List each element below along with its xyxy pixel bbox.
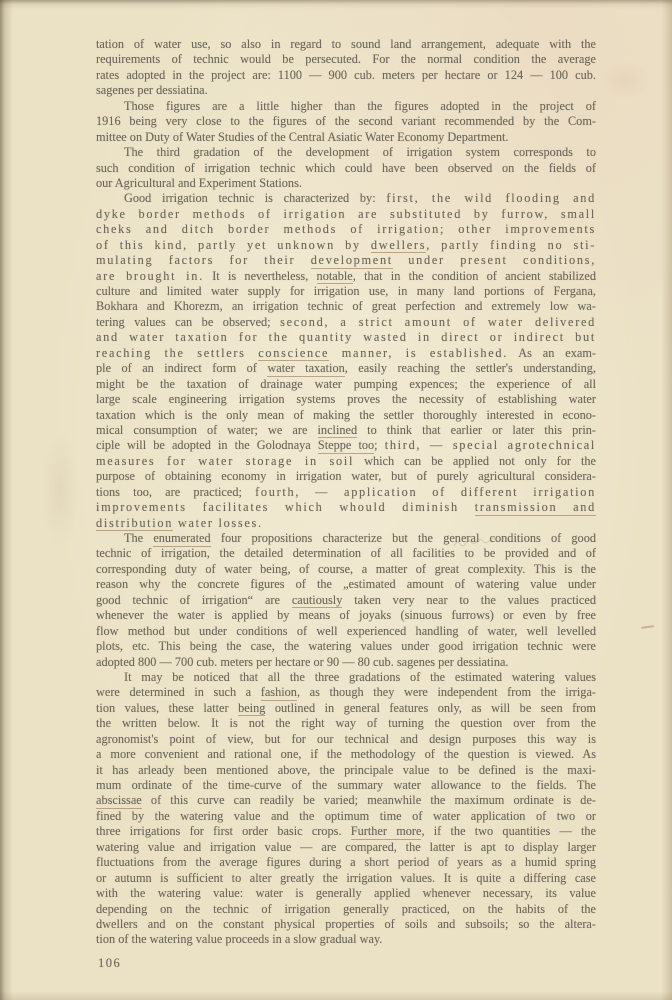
text-line: agronomist's point of view, but for our …: [96, 732, 596, 747]
text-segment: four propositions characterize but the g…: [211, 531, 596, 545]
text-line: good technic of irrigation“ are cautious…: [96, 593, 596, 608]
text-line: are brought in. It is nevertheless, nota…: [96, 269, 596, 284]
underlined-text: notable: [317, 269, 353, 285]
text-segment: third, — special agrotechnical: [385, 438, 596, 452]
text-line: dyke border methods of irrigation are su…: [96, 207, 596, 222]
text-segment: The: [124, 531, 153, 545]
text-line: fined by the watering value and the opti…: [96, 809, 596, 824]
text-line: whenever the water is applied by means o…: [96, 608, 596, 623]
text-line: Bokhara and Khorezm, an irrigation techn…: [96, 299, 596, 314]
text-line: mittee on Duty of Water Studies of the C…: [96, 130, 596, 145]
text-segment: ;: [374, 438, 385, 452]
text-line: flow method but under conditions of well…: [96, 624, 596, 639]
text-segment: under present conditions,: [393, 253, 596, 267]
text-segment: 1916 being very close to the figures of …: [96, 114, 596, 128]
text-line: Good irrigation technic is characterized…: [96, 191, 596, 206]
text-line: fluctuations from the average figures du…: [96, 855, 596, 870]
text-line: improvements facilitates which whould di…: [96, 500, 596, 515]
underlined-text: inclined: [318, 423, 358, 439]
text-segment: of this curve can readily be varied; mea…: [142, 793, 596, 807]
text-segment: ciple will be adopted in the Golodnaya: [96, 438, 318, 452]
text-segment: our Agricultural and Experiment Stations…: [96, 176, 302, 190]
text-segment: sagenes per dessiatina.: [96, 83, 208, 97]
underlined-text: transmission and: [475, 500, 596, 516]
text-line: Those figures are a little higher than t…: [96, 99, 596, 114]
text-segment: three irrigations for first order basic …: [96, 824, 351, 838]
text-segment: water losses.: [173, 516, 263, 530]
text-line: plots, etc. This being the case, the wat…: [96, 639, 596, 654]
text-line: mum ordinate of the time-curve of the su…: [96, 778, 596, 793]
text-segment: technic of irrigation, the detailed dete…: [96, 546, 596, 560]
text-line: abscissae of this curve can readily be v…: [96, 793, 596, 808]
text-line: three irrigations for first order basic …: [96, 824, 596, 839]
text-line: tions too, are practiced; fourth, — appl…: [96, 485, 596, 500]
text-segment: , if the two quantities — the: [421, 824, 596, 838]
text-segment: cheks and ditch border methods of irriga…: [96, 222, 596, 236]
text-segment: which can be applied not only for the: [354, 454, 596, 468]
text-segment: As an exam-: [508, 346, 596, 360]
text-line: tation of water use, so also in regard t…: [96, 37, 596, 52]
text-line: the written below. It is not the right w…: [96, 716, 596, 731]
page-number: 106: [98, 956, 121, 971]
pencil-margin-mark: [641, 625, 654, 629]
underlined-text: being: [238, 701, 265, 717]
text-segment: outlined in general features only, as wi…: [265, 701, 596, 715]
text-line: mical consumption of water; we are incli…: [96, 423, 596, 438]
text-line: ple of an indirect form of water taxatio…: [96, 361, 596, 376]
text-segment: watering value and irrigation value — ar…: [96, 840, 596, 854]
text-segment: The third gradation of the development o…: [124, 145, 596, 159]
text-segment: whenever the water is applied by means o…: [96, 608, 596, 622]
text-segment: dyke border methods of irrigation are su…: [96, 207, 596, 221]
text-segment: first, the wild flooding and: [386, 191, 596, 205]
underlined-text: dwellers: [371, 238, 426, 254]
text-segment: , as though they were independent from t…: [297, 685, 596, 699]
text-line: reason why the concrete figures of the „…: [96, 577, 596, 592]
text-segment: It may be noticed that all the three gra…: [124, 670, 596, 684]
text-segment: or autumn is sufficient to alter greatly…: [96, 871, 596, 885]
text-line: The third gradation of the development o…: [96, 145, 596, 160]
text-segment: fluctuations from the average figures du…: [96, 855, 596, 869]
text-segment: fined by the watering value and the opti…: [96, 809, 596, 823]
text-segment: good technic of irrigation“ are: [96, 593, 292, 607]
text-segment: might be the taxation of drainage water …: [96, 377, 596, 391]
paper-stain: [40, 430, 80, 550]
text-segment: adopted 800 — 700 cub. meters per hectar…: [96, 655, 509, 669]
underlined-text: conscience: [258, 346, 329, 362]
text-segment: taxation which is the only mean of makin…: [96, 408, 596, 422]
text-segment: rates adopted in the project are: 1100 —…: [96, 68, 596, 82]
text-segment: and water taxation for the quantity wast…: [96, 330, 596, 344]
text-segment: with the watering value: water is genera…: [96, 886, 596, 900]
underlined-text: Further more: [351, 824, 422, 840]
text-segment: agronomist's point of view, but for our …: [96, 732, 596, 746]
text-segment: requirements of technic would be persecu…: [96, 52, 596, 66]
text-segment: improvements facilitates which whould di…: [96, 500, 475, 514]
underlined-text: water taxation: [267, 361, 344, 377]
text-segment: reason why the concrete figures of the „…: [96, 577, 596, 591]
text-segment: manner, is established.: [329, 346, 508, 360]
text-line: taxation which is the only mean of makin…: [96, 408, 596, 423]
text-segment: ple of an indirect form of: [96, 361, 267, 375]
text-segment: mulating factors for their: [96, 253, 311, 267]
pencil-annotation-icon: [452, 536, 506, 550]
text-line: of this kind, partly yet unknown by dwel…: [96, 238, 596, 253]
text-line: It may be noticed that all the three gra…: [96, 670, 596, 685]
text-line: 1916 being very close to the figures of …: [96, 114, 596, 129]
text-line: tion values, these latter being outlined…: [96, 701, 596, 716]
underlined-text: cautiously: [292, 593, 343, 609]
text-line: our Agricultural and Experiment Stations…: [96, 176, 596, 191]
text-line: might be the taxation of drainage water …: [96, 377, 596, 392]
text-segment: tion of the watering value proceeds in a…: [96, 932, 382, 946]
text-segment: purpose of obtaining economy in irrigati…: [96, 469, 596, 483]
text-segment: , that in the condition of ancient stabi…: [353, 269, 596, 283]
text-line: tering values can be observed; second, a…: [96, 315, 596, 330]
text-line: with the watering value: water is genera…: [96, 886, 596, 901]
text-line: watering value and irrigation value — ar…: [96, 840, 596, 855]
text-line: purpose of obtaining economy in irrigati…: [96, 469, 596, 484]
text-line: measures for water storage in soil which…: [96, 454, 596, 469]
text-segment: Good irrigation technic is characterized…: [124, 191, 386, 205]
underlined-text: Steppe too: [318, 438, 374, 454]
text-segment: tering values can be observed;: [96, 315, 280, 329]
text-line: depending on the technic of irrigation g…: [96, 902, 596, 917]
text-line: were determined in such a fashion, as th…: [96, 685, 596, 700]
text-line: a more convenient and rational one, if t…: [96, 747, 596, 762]
text-line: adopted 800 — 700 cub. meters per hectar…: [96, 655, 596, 670]
text-segment: tation of water use, so also in regard t…: [96, 37, 596, 51]
text-segment: , partly finding no sti-: [426, 238, 596, 252]
scanned-book-page: tation of water use, so also in regard t…: [0, 0, 672, 1000]
underlined-text: enumerated: [153, 531, 210, 547]
text-line: dwellers and on the constant physical pr…: [96, 917, 596, 932]
text-segment: were determined in such a: [96, 685, 261, 699]
text-segment: tion values, these latter: [96, 701, 238, 715]
text-line: tion of the watering value proceeds in a…: [96, 932, 596, 947]
text-line: cheks and ditch border methods of irriga…: [96, 222, 596, 237]
text-line: and water taxation for the quantity wast…: [96, 330, 596, 345]
text-segment: measures for water storage in soil: [96, 454, 354, 468]
text-segment: of this kind, partly yet unknown by: [96, 238, 371, 252]
text-segment: , easily reaching the settler's understa…: [345, 361, 596, 375]
text-segment: It is nevertheless,: [204, 269, 317, 283]
underlined-text: fashion: [261, 685, 297, 701]
underlined-text: development: [311, 253, 393, 269]
text-segment: mum ordinate of the time-curve of the su…: [96, 778, 596, 792]
text-line: culture and limited water supply for irr…: [96, 284, 596, 299]
text-line: large scale engineering irrigation syste…: [96, 392, 596, 407]
paper-stain: [600, 60, 650, 100]
text-line: reaching the settlers conscience manner,…: [96, 346, 596, 361]
text-line: distribution water losses.: [96, 516, 596, 531]
text-segment: large scale engineering irrigation syste…: [96, 392, 596, 406]
text-segment: flow method but under conditions of well…: [96, 624, 596, 638]
text-segment: mical consumption of water; we are: [96, 423, 318, 437]
text-segment: the written below. It is not the right w…: [96, 716, 596, 730]
text-segment: are brought in.: [96, 269, 204, 283]
text-segment: to think that earlier or later this prin…: [357, 423, 596, 437]
text-segment: a more convenient and rational one, if t…: [96, 747, 596, 761]
text-segment: tions too, are practiced;: [96, 485, 255, 499]
text-segment: dwellers and on the constant physical pr…: [96, 917, 596, 931]
underlined-text: distribution: [96, 516, 173, 532]
text-segment: such condition of irrigation technic whi…: [96, 161, 596, 175]
text-segment: corresponding duty of water being, of co…: [96, 562, 596, 576]
text-line: sagenes per dessiatina.: [96, 83, 596, 98]
text-segment: Bokhara and Khorezm, an irrigation techn…: [96, 299, 596, 313]
text-line: The enumerated four propositions charact…: [96, 531, 596, 546]
text-segment: plots, etc. This being the case, the wat…: [96, 639, 596, 653]
text-line: or autumn is sufficient to alter greatly…: [96, 871, 596, 886]
text-segment: culture and limited water supply for irr…: [96, 284, 596, 298]
text-line: mulating factors for their development u…: [96, 253, 596, 268]
underlined-text: abscissae: [96, 793, 142, 809]
text-segment: reaching the settlers: [96, 346, 258, 360]
text-segment: taken very near to the values practiced: [342, 593, 596, 607]
text-segment: fourth, — application of different irrig…: [255, 485, 596, 499]
text-line: corresponding duty of water being, of co…: [96, 562, 596, 577]
text-segment: second, a strict amount of water deliver…: [280, 315, 596, 329]
text-segment: mittee on Duty of Water Studies of the C…: [96, 130, 508, 144]
text-line: such condition of irrigation technic whi…: [96, 161, 596, 176]
text-segment: it has arleady been mentioned above, the…: [96, 763, 596, 777]
text-line: requirements of technic would be persecu…: [96, 52, 596, 67]
text-segment: Those figures are a little higher than t…: [124, 99, 596, 113]
text-line: technic of irrigation, the detailed dete…: [96, 546, 596, 561]
text-line: it has arleady been mentioned above, the…: [96, 763, 596, 778]
text-line: ciple will be adopted in the Golodnaya S…: [96, 438, 596, 453]
text-line: rates adopted in the project are: 1100 —…: [96, 68, 596, 83]
text-segment: depending on the technic of irrigation g…: [96, 902, 596, 916]
text-block: tation of water use, so also in regard t…: [96, 37, 596, 948]
